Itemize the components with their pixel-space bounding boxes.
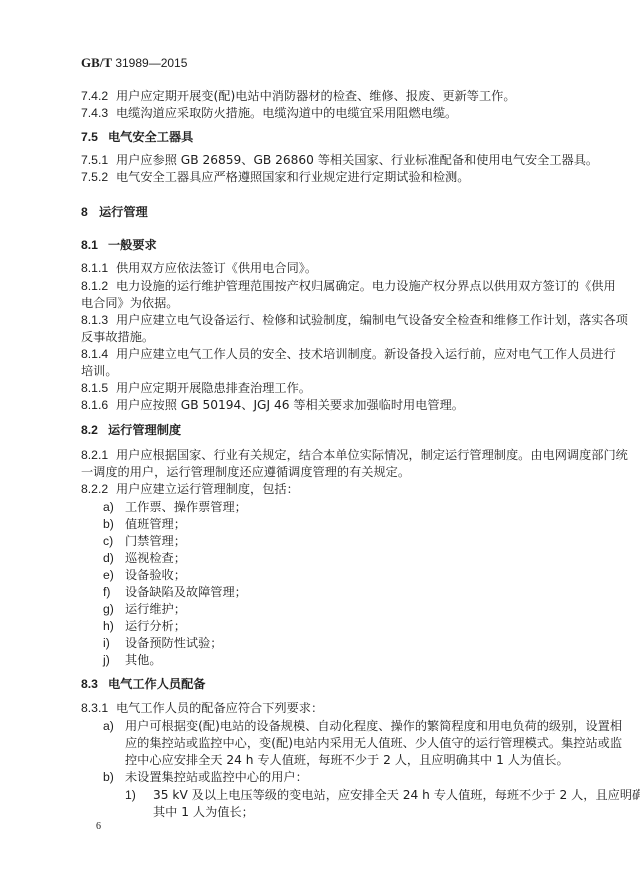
- paragraph-line: 1)35 kV 及以上电压等级的变电站，应安排全天 24 h 专人值班，每班不少…: [125, 787, 578, 804]
- clause-number: b): [103, 516, 125, 533]
- clause-text: 35 kV 及以上电压等级的变电站，应安排全天 24 h 专人值班，每班不少于 …: [153, 787, 578, 804]
- clause-text: 用户应建立电气设备运行、检修和试验制度，编制电气设备安全检查和维修工作计划，落实…: [116, 312, 578, 329]
- clause-text: 电气安全工器具应严格遵照国家和行业规定进行定期试验和检测。: [116, 170, 469, 184]
- paragraph-line: 培训。: [81, 363, 118, 380]
- clause-text: 一般要求: [108, 238, 157, 252]
- clause-number: 7.5.1: [81, 152, 116, 169]
- paragraph-line: g)运行维护；: [103, 601, 186, 618]
- paragraph-line: i)设备预防性试验；: [103, 635, 223, 652]
- clause-number: 8.2.1: [81, 447, 116, 464]
- clause-number: g): [103, 601, 125, 618]
- clause-number: 7.5: [81, 129, 108, 146]
- clause-number: 7.4.2: [81, 88, 116, 105]
- clause-number: 7.5.2: [81, 169, 116, 186]
- clause-text: 其他。: [125, 653, 162, 667]
- section-heading: 8.1一般要求: [81, 237, 157, 254]
- clause-number: f): [103, 584, 125, 601]
- clause-text: 控中心应安排全天 24 h 专人值班，每班不少于 2 人，且应明确其中 1 人为…: [125, 753, 569, 767]
- clause-number: c): [103, 533, 125, 550]
- paragraph-line: c)门禁管理；: [103, 533, 186, 550]
- clause-text: 电气工作人员配备: [108, 677, 206, 691]
- clause-text: 设备预防性试验；: [125, 636, 223, 650]
- clause-number: 8.1.3: [81, 312, 116, 329]
- clause-text: 用户应建立运行管理制度，包括：: [116, 482, 299, 496]
- clause-text: 供用双方应依法签订《供用电合同》。: [116, 261, 317, 275]
- paragraph-line: a)工作票、操作票管理；: [103, 499, 247, 516]
- paragraph-line: d)巡视检查；: [103, 550, 186, 567]
- section-heading: 8运行管理: [81, 204, 148, 221]
- clause-text: 用户可根据变(配)电站的设备规模、自动化程度、操作的繁简程度和用电负荷的级别，设…: [125, 718, 578, 735]
- section-heading: 8.3电气工作人员配备: [81, 676, 206, 693]
- clause-text: 电合同》为依据。: [81, 296, 179, 310]
- paragraph-line: 7.5.1用户应参照 GB 26859、GB 26860 等相关国家、行业标准配…: [81, 152, 598, 169]
- clause-text: 应的集控站或监控中心，变(配)电站内采用无人值班、少人值守的运行管理模式。集控站…: [125, 735, 578, 752]
- clause-number: b): [103, 769, 125, 786]
- paragraph-line: 7.4.3电缆沟道应采取防火措施。电缆沟道中的电缆宜采用阻燃电缆。: [81, 105, 457, 122]
- clause-number: a): [103, 718, 125, 735]
- clause-number: 8: [81, 204, 99, 221]
- paragraph-line: 反事故措施。: [81, 329, 154, 346]
- clause-text: 电缆沟道应采取防火措施。电缆沟道中的电缆宜采用阻燃电缆。: [116, 106, 457, 120]
- clause-number: a): [103, 499, 125, 516]
- clause-text: 用户应按照 GB 50194、JGJ 46 等相关要求加强临时用电管理。: [116, 398, 464, 412]
- clause-text: 运行分析；: [125, 619, 186, 633]
- clause-text: 运行维护；: [125, 602, 186, 616]
- clause-text: 反事故措施。: [81, 330, 154, 344]
- paragraph-line: b)未设置集控站或监控中心的用户：: [103, 769, 308, 786]
- clause-number: d): [103, 550, 125, 567]
- clause-text: 培训。: [81, 364, 118, 378]
- clause-number: 8.1.6: [81, 397, 116, 414]
- clause-text: 其中 1 人为值长；: [153, 805, 254, 819]
- paragraph-line: h)运行分析；: [103, 618, 186, 635]
- clause-number: 8.2: [81, 422, 108, 439]
- clause-number: j): [103, 652, 125, 669]
- section-heading: 7.5电气安全工器具: [81, 129, 193, 146]
- clause-text: 运行管理制度: [108, 423, 181, 437]
- clause-number: i): [103, 635, 125, 652]
- standard-header: GB/T 31989—2015: [81, 55, 187, 71]
- paragraph-line: 其中 1 人为值长；: [153, 804, 254, 821]
- paragraph-line: j)其他。: [103, 652, 162, 669]
- clause-text: 电气安全工器具: [108, 130, 193, 144]
- clause-number: 7.4.3: [81, 105, 116, 122]
- clause-text: 门禁管理；: [125, 534, 186, 548]
- clause-text: 用户应参照 GB 26859、GB 26860 等相关国家、行业标准配备和使用电…: [116, 153, 598, 167]
- clause-number: h): [103, 618, 125, 635]
- clause-text: 用户应定期开展隐患排查治理工作。: [116, 381, 311, 395]
- paragraph-line: 7.4.2用户应定期开展变(配)电站中消防器材的检查、维修、报废、更新等工作。: [81, 88, 516, 105]
- paragraph-line: 8.3.1电气工作人员的配备应符合下列要求：: [81, 700, 323, 717]
- standard-code: GB/T: [81, 55, 112, 70]
- clause-text: 电力设施的运行维护管理范围按产权归属确定。电力设施产权分界点以供用双方签订的《供…: [116, 278, 578, 295]
- section-heading: 8.2运行管理制度: [81, 422, 181, 439]
- clause-number: e): [103, 567, 125, 584]
- paragraph-line: f)设备缺陷及故障管理；: [103, 584, 247, 601]
- paragraph-line: 8.1.2电力设施的运行维护管理范围按产权归属确定。电力设施产权分界点以供用双方…: [81, 278, 578, 295]
- paragraph-line: 8.1.1供用双方应依法签订《供用电合同》。: [81, 260, 317, 277]
- clause-text: 值班管理；: [125, 517, 186, 531]
- clause-text: 运行管理: [99, 205, 148, 219]
- clause-text: 巡视检查；: [125, 551, 186, 565]
- clause-text: 电气工作人员的配备应符合下列要求：: [116, 701, 323, 715]
- paragraph-line: 8.1.3用户应建立电气设备运行、检修和试验制度，编制电气设备安全检查和维修工作…: [81, 312, 578, 329]
- clause-number: 1): [125, 787, 153, 804]
- clause-text: 用户应定期开展变(配)电站中消防器材的检查、维修、报废、更新等工作。: [116, 89, 516, 103]
- paragraph-line: b)值班管理；: [103, 516, 186, 533]
- paragraph-line: 7.5.2电气安全工器具应严格遵照国家和行业规定进行定期试验和检测。: [81, 169, 469, 186]
- clause-number: 8.1.5: [81, 380, 116, 397]
- clause-number: 8.1.2: [81, 278, 116, 295]
- paragraph-line: 应的集控站或监控中心，变(配)电站内采用无人值班、少人值守的运行管理模式。集控站…: [125, 735, 578, 752]
- paragraph-line: e)设备验收；: [103, 567, 186, 584]
- clause-text: 工作票、操作票管理；: [125, 500, 247, 514]
- clause-number: 8.1.1: [81, 260, 116, 277]
- clause-text: 用户应建立电气工作人员的安全、技术培训制度。新设备投入运行前，应对电气工作人员进…: [116, 346, 578, 363]
- paragraph-line: 一调度的用户，运行管理制度还应遵循调度管理的有关规定。: [81, 464, 410, 481]
- paragraph-line: 8.1.6用户应按照 GB 50194、JGJ 46 等相关要求加强临时用电管理…: [81, 397, 464, 414]
- paragraph-line: 8.2.1用户应根据国家、行业有关规定，结合本单位实际情况，制定运行管理制度。由…: [81, 447, 578, 464]
- clause-number: 8.3.1: [81, 700, 116, 717]
- clause-number: 8.1: [81, 237, 108, 254]
- clause-text: 设备缺陷及故障管理；: [125, 585, 247, 599]
- clause-text: 一调度的用户，运行管理制度还应遵循调度管理的有关规定。: [81, 465, 410, 479]
- page-number: 6: [96, 821, 101, 832]
- paragraph-line: 8.1.5用户应定期开展隐患排查治理工作。: [81, 380, 311, 397]
- paragraph-line: 电合同》为依据。: [81, 295, 179, 312]
- paragraph-line: a)用户可根据变(配)电站的设备规模、自动化程度、操作的繁简程度和用电负荷的级别…: [103, 718, 578, 735]
- paragraph-line: 8.1.4用户应建立电气工作人员的安全、技术培训制度。新设备投入运行前，应对电气…: [81, 346, 578, 363]
- clause-number: 8.2.2: [81, 481, 116, 498]
- paragraph-line: 8.2.2用户应建立运行管理制度，包括：: [81, 481, 299, 498]
- clause-text: 用户应根据国家、行业有关规定，结合本单位实际情况，制定运行管理制度。由电网调度部…: [116, 447, 578, 464]
- clause-text: 未设置集控站或监控中心的用户：: [125, 770, 308, 784]
- clause-number: 8.3: [81, 676, 108, 693]
- clause-number: 8.1.4: [81, 346, 116, 363]
- standard-number: 31989—2015: [115, 56, 187, 70]
- clause-text: 设备验收；: [125, 568, 186, 582]
- paragraph-line: 控中心应安排全天 24 h 专人值班，每班不少于 2 人，且应明确其中 1 人为…: [125, 752, 569, 769]
